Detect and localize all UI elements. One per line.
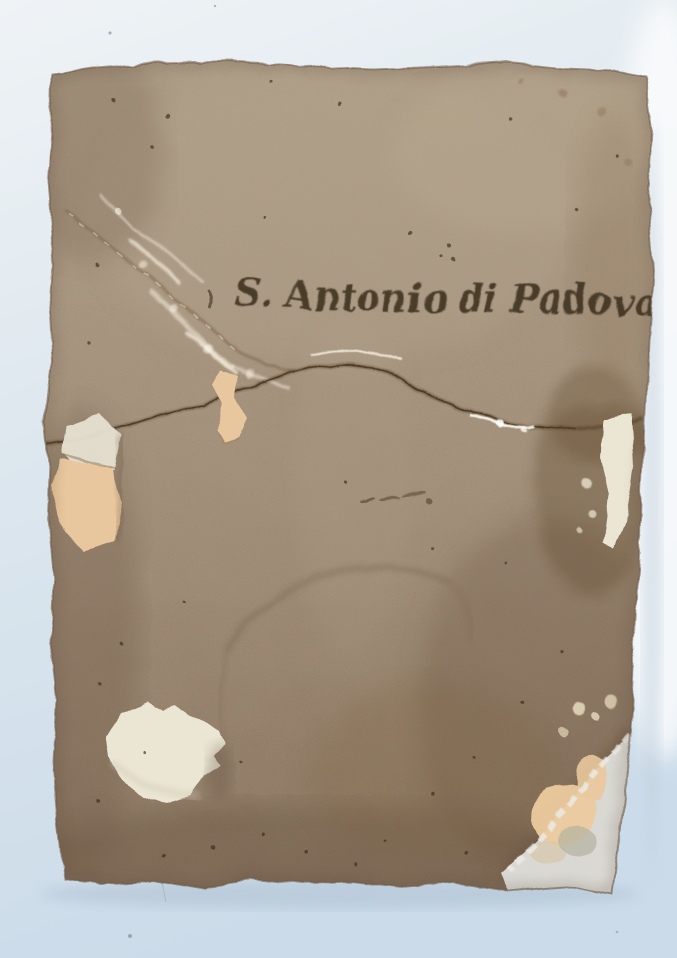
panel-photo: S. Antonio di Padova <box>0 0 677 958</box>
inscription-text: S. Antonio di Padova <box>232 269 657 326</box>
panel-back: S. Antonio di Padova <box>15 40 675 913</box>
photo-frame: S. Antonio di Padova <box>0 0 677 958</box>
